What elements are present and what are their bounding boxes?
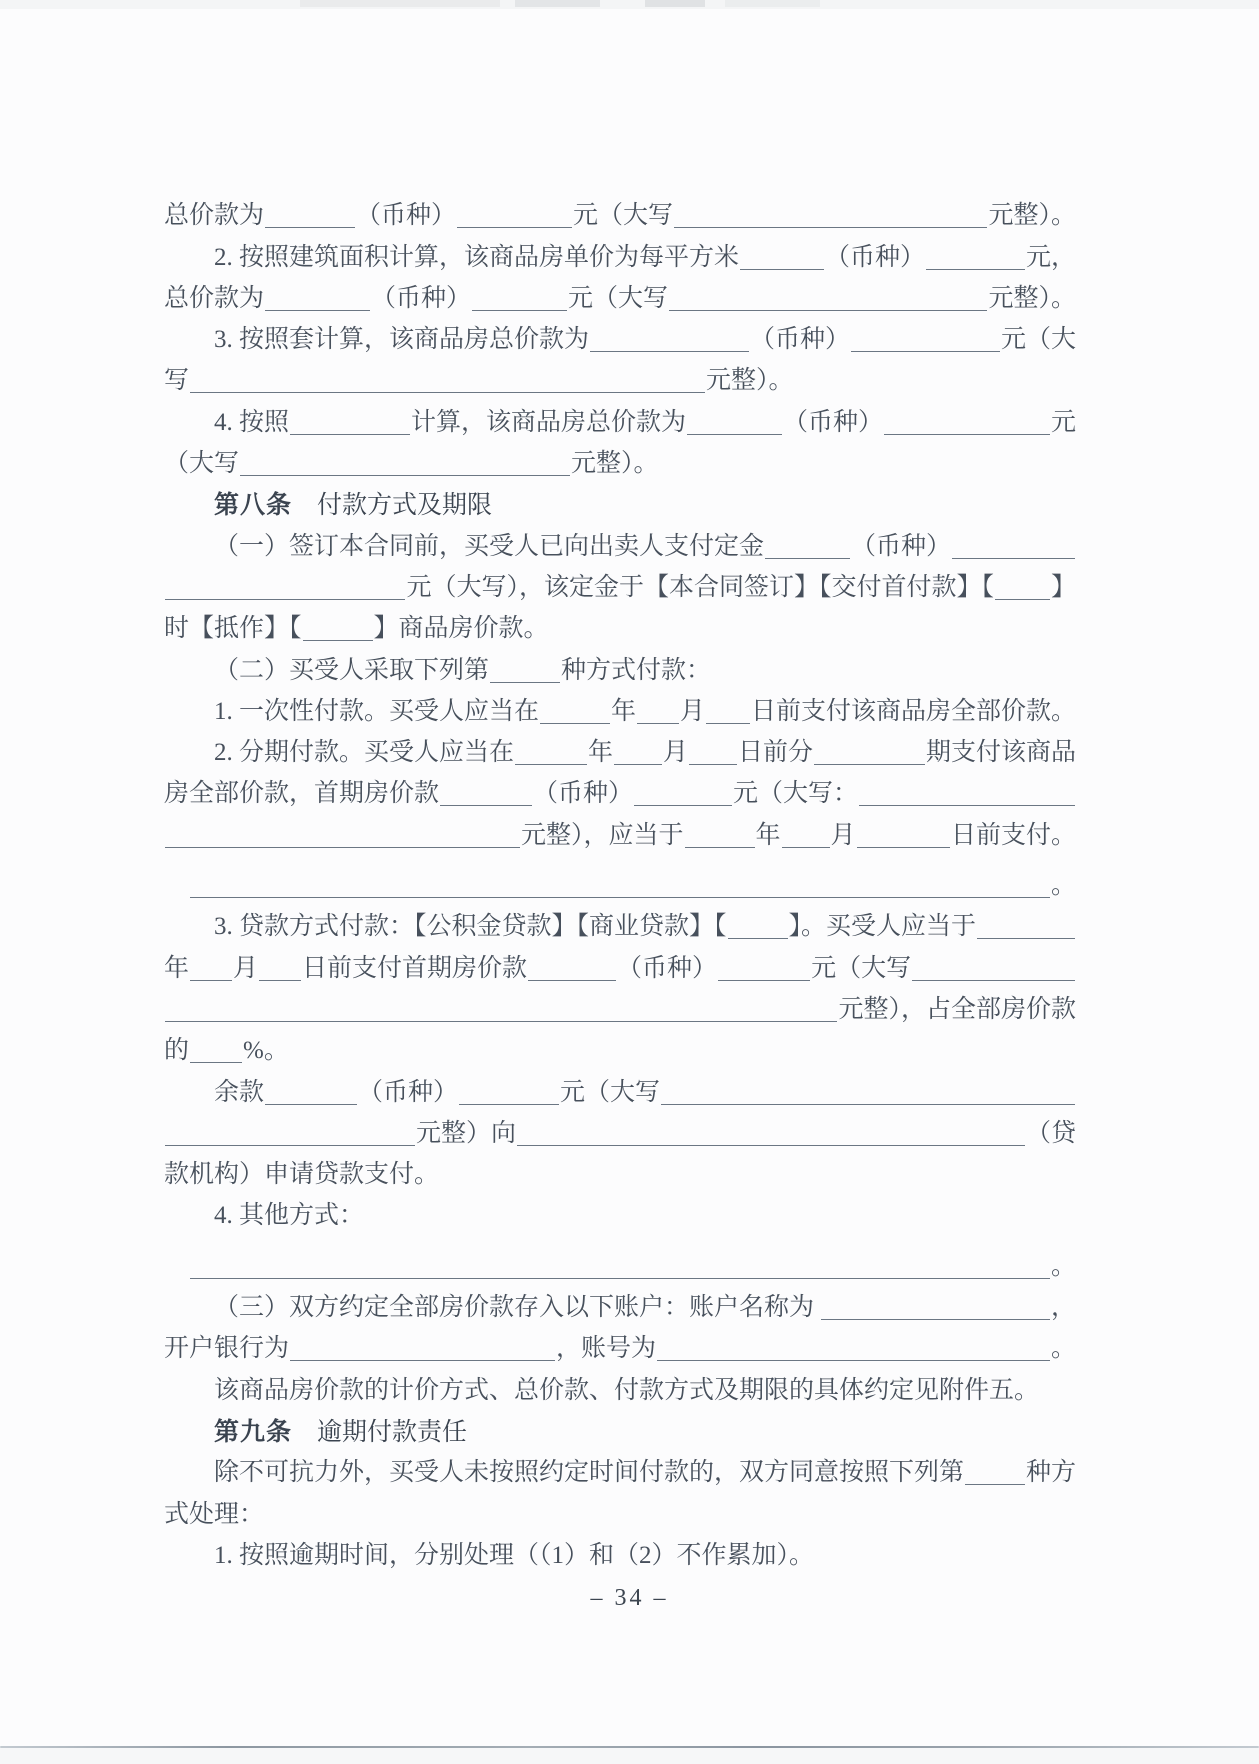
- text-line: 。: [164, 860, 1076, 901]
- text-segment: 】: [1051, 573, 1076, 603]
- text-line: 2. 分期付款。买受人应当在年月日前分期支付该商品: [164, 727, 1076, 768]
- page-number: – 34 –: [0, 1585, 1259, 1612]
- text-segment: 元整）。: [988, 284, 1076, 314]
- blank-field: [190, 1058, 242, 1063]
- text-line: 时【抵作】【】商品房价款。: [164, 603, 1076, 644]
- text-segment: （币种）: [825, 243, 925, 273]
- clause-number: 第九条: [214, 1417, 292, 1447]
- text-segment: 3. 贷款方式付款：【公积金贷款】【商业贷款】【: [214, 912, 727, 942]
- blank-field: [265, 1100, 357, 1105]
- text-segment: 计算，该商品房总价款为: [411, 408, 686, 438]
- text-segment: 总价款为: [164, 284, 264, 314]
- text-segment: 逾期付款责任: [292, 1417, 467, 1447]
- text-segment: 日前分: [738, 738, 813, 768]
- text-line: 开户银行为，账号为。: [164, 1323, 1076, 1364]
- text-line: 写元整）。: [164, 355, 1076, 396]
- text-segment: 种方式付款：: [561, 656, 711, 686]
- text-segment: 月: [831, 821, 856, 851]
- blank-field: [782, 843, 830, 848]
- blank-field: [995, 595, 1050, 600]
- clause-number: 第八条: [214, 490, 292, 520]
- text-line: （大写元整）。: [164, 438, 1076, 479]
- text-segment: 月: [233, 954, 258, 984]
- text-segment: ，: [1051, 1293, 1076, 1323]
- text-line: 款机构）申请贷款支付。: [164, 1149, 1076, 1190]
- text-segment: ，账号为: [556, 1334, 656, 1364]
- blank-field: [718, 976, 810, 981]
- text-line: 总价款为（币种）元（大写元整）。: [164, 190, 1076, 231]
- text-segment: （贷: [1026, 1119, 1076, 1149]
- text-segment: 元，: [1026, 243, 1076, 273]
- text-segment: 。: [1051, 1334, 1076, 1364]
- text-segment: （币种）: [617, 954, 717, 984]
- text-segment: 元（大写：: [733, 779, 858, 809]
- blank-field: [165, 595, 405, 600]
- blank-field: [440, 801, 532, 806]
- blank-field: [669, 306, 987, 311]
- text-segment: 日前支付。: [951, 821, 1076, 851]
- blank-field: [926, 265, 1025, 270]
- text-line: 3. 按照套计算，该商品房总价款为（币种）元（大: [164, 314, 1076, 355]
- text-line: 总价款为（币种）元（大写元整）。: [164, 273, 1076, 314]
- text-segment: 。: [1051, 1252, 1076, 1282]
- text-segment: 月: [663, 738, 688, 768]
- blank-field: [821, 1315, 1050, 1320]
- text-segment: 该商品房价款的计价方式、总价款、付款方式及期限的具体约定见附件五。: [214, 1376, 1039, 1406]
- text-line: 元整）向（贷: [164, 1108, 1076, 1149]
- text-segment: 的: [164, 1036, 189, 1066]
- blank-field: [165, 1017, 837, 1022]
- blank-field: [965, 1480, 1025, 1485]
- blank-field: [459, 1100, 559, 1105]
- text-line: 4. 其他方式：: [164, 1190, 1076, 1231]
- scan-artifact-chip: [515, 0, 600, 7]
- blank-field: [952, 554, 1075, 559]
- blank-field: [859, 801, 1075, 806]
- blank-field: [614, 760, 662, 765]
- scan-artifact-chip: [645, 0, 705, 7]
- blank-field: [515, 760, 587, 765]
- text-segment: 】商品房价款。: [374, 614, 549, 644]
- blank-field: [265, 306, 370, 311]
- blank-field: [190, 388, 705, 393]
- scan-artifact-chip: [725, 0, 820, 7]
- text-line: （三）双方约定全部房价款存入以下账户：账户名称为 ，: [164, 1282, 1076, 1323]
- document-body: 总价款为（币种）元（大写元整）。2. 按照建筑面积计算，该商品房单价为每平方米（…: [164, 190, 1076, 1571]
- text-line: 4. 按照计算，该商品房总价款为（币种）元: [164, 396, 1076, 437]
- text-segment: 3. 按照套计算，该商品房总价款为: [214, 325, 589, 355]
- text-segment: 日前支付该商品房全部价款。: [751, 697, 1076, 727]
- scan-artifact-bottom-fade: [0, 1748, 1259, 1764]
- blank-field: [457, 223, 572, 228]
- blank-field: [977, 934, 1075, 939]
- text-segment: 2. 按照建筑面积计算，该商品房单价为每平方米: [214, 243, 739, 273]
- blank-field: [472, 306, 567, 311]
- text-segment: 元整）。: [988, 201, 1076, 231]
- contract-page: 总价款为（币种）元（大写元整）。2. 按照建筑面积计算，该商品房单价为每平方米（…: [0, 0, 1259, 1764]
- blank-field: [165, 1141, 415, 1146]
- text-segment: 款机构）申请贷款支付。: [164, 1160, 439, 1190]
- text-segment: （大写: [164, 449, 239, 479]
- text-segment: 式处理：: [164, 1500, 264, 1530]
- text-segment: （币种）: [358, 1078, 458, 1108]
- scan-artifact-chip: [300, 0, 500, 7]
- blank-field: [706, 719, 750, 724]
- blank-field: [912, 976, 1075, 981]
- text-segment: 除不可抗力外，买受人未按照约定时间付款的，双方同意按照下列第: [214, 1458, 964, 1488]
- text-line: 2. 按照建筑面积计算，该商品房单价为每平方米（币种）元，: [164, 231, 1076, 272]
- text-segment: %。: [243, 1036, 289, 1066]
- text-line: 房全部价款，首期房价款（币种）元（大写：: [164, 768, 1076, 809]
- blank-field: [685, 843, 755, 848]
- text-segment: 年: [756, 821, 781, 851]
- text-segment: 元（大写: [573, 201, 673, 231]
- text-line: 元整），应当于年月日前支付。: [164, 809, 1076, 850]
- text-segment: 元整），占全部房价款: [838, 995, 1076, 1025]
- blank-field: [290, 1356, 555, 1361]
- blank-field: [740, 265, 824, 270]
- blank-field: [590, 347, 749, 352]
- text-segment: 元（大: [1001, 325, 1076, 355]
- blank-field: [517, 1141, 1025, 1146]
- blank-field: [303, 636, 373, 641]
- text-segment: 日前支付首期房价款: [302, 954, 527, 984]
- text-segment: 付款方式及期限: [292, 490, 492, 520]
- text-line: 余款（币种）元（大写: [164, 1066, 1076, 1107]
- blank-field: [765, 554, 850, 559]
- text-segment: （币种）: [356, 201, 456, 231]
- blank-field: [857, 843, 950, 848]
- text-line: 3. 贷款方式付款：【公积金贷款】【商业贷款】【】。买受人应当于: [164, 901, 1076, 942]
- text-line: 1. 一次性付款。买受人应当在年月日前支付该商品房全部价款。: [164, 686, 1076, 727]
- text-segment: 元（大写: [811, 954, 911, 984]
- blank-field: [290, 430, 410, 435]
- blank-field: [674, 223, 987, 228]
- blank-field: [240, 471, 570, 476]
- text-segment: （一）签订本合同前，买受人已向出卖人支付定金: [214, 532, 764, 562]
- text-segment: 元整）。: [706, 366, 794, 396]
- text-segment: （币种）: [851, 532, 951, 562]
- text-line: 除不可抗力外，买受人未按照约定时间付款的，双方同意按照下列第种方: [164, 1447, 1076, 1488]
- text-segment: （二）买受人采取下列第: [214, 656, 489, 686]
- blank-field: [165, 843, 520, 848]
- text-segment: （币种）: [371, 284, 471, 314]
- blank-field: [851, 347, 1000, 352]
- text-segment: 元整）向: [416, 1119, 516, 1149]
- blank-field: [661, 1100, 1075, 1105]
- text-segment: （币种）: [533, 779, 633, 809]
- text-segment: （币种）: [783, 408, 883, 438]
- text-segment: 元: [1051, 408, 1076, 438]
- scan-artifact-top: [0, 0, 1259, 9]
- text-line: 式处理：: [164, 1488, 1076, 1529]
- text-segment: （三）双方约定全部房价款存入以下账户：账户名称为: [214, 1293, 820, 1323]
- blank-field: [190, 893, 1050, 898]
- text-segment: 元（大写: [560, 1078, 660, 1108]
- blank-field: [689, 760, 737, 765]
- text-segment: 年: [588, 738, 613, 768]
- text-segment: 年: [611, 697, 636, 727]
- text-segment: 种方: [1026, 1458, 1076, 1488]
- blank-field: [637, 719, 679, 724]
- heading-line: 第九条 逾期付款责任: [164, 1406, 1076, 1447]
- text-segment: 年: [164, 954, 189, 984]
- text-segment: 写: [164, 366, 189, 396]
- text-segment: 2. 分期付款。买受人应当在: [214, 738, 514, 768]
- text-segment: 】。买受人应当于: [789, 912, 977, 942]
- text-segment: 余款: [214, 1078, 264, 1108]
- blank-field: [190, 1274, 1050, 1279]
- text-segment: 月: [680, 697, 705, 727]
- blank-field: [687, 430, 782, 435]
- text-line: 该商品房价款的计价方式、总价款、付款方式及期限的具体约定见附件五。: [164, 1364, 1076, 1405]
- blank-field: [190, 976, 232, 981]
- blank-field: [657, 1356, 1050, 1361]
- blank-field: [490, 678, 560, 683]
- text-segment: 4. 其他方式：: [214, 1201, 364, 1231]
- blank-field: [884, 430, 1050, 435]
- text-line: （一）签订本合同前，买受人已向出卖人支付定金（币种）: [164, 520, 1076, 561]
- text-segment: 时【抵作】【: [164, 614, 302, 644]
- text-segment: 房全部价款，首期房价款: [164, 779, 439, 809]
- text-line: 元整），占全部房价款: [164, 984, 1076, 1025]
- text-line: 元（大写），该定金于【本合同签订】【交付首付款】【】: [164, 562, 1076, 603]
- text-segment: 4. 按照: [214, 408, 289, 438]
- text-line: 1. 按照逾期时间，分别处理（（1）和（2）不作累加）。: [164, 1530, 1076, 1571]
- text-segment: 期支付该商品: [926, 738, 1076, 768]
- blank-field: [259, 976, 301, 981]
- text-segment: 1. 一次性付款。买受人应当在: [214, 697, 539, 727]
- text-segment: 1. 按照逾期时间，分别处理（（1）和（2）不作累加）。: [214, 1541, 814, 1571]
- text-line: 的%。: [164, 1025, 1076, 1066]
- text-line: 年月日前支付首期房价款（币种）元（大写: [164, 942, 1076, 983]
- text-segment: 总价款为: [164, 201, 264, 231]
- blank-field: [728, 934, 788, 939]
- blank-field: [265, 223, 355, 228]
- text-segment: 元（大写: [568, 284, 668, 314]
- text-line: 。: [164, 1240, 1076, 1281]
- text-segment: 。: [1051, 871, 1076, 901]
- text-segment: （币种）: [750, 325, 850, 355]
- text-segment: 元整），应当于: [521, 821, 684, 851]
- heading-line: 第八条 付款方式及期限: [164, 479, 1076, 520]
- text-line: （二）买受人采取下列第种方式付款：: [164, 644, 1076, 685]
- blank-field: [528, 976, 616, 981]
- blank-field: [814, 760, 925, 765]
- blank-field: [540, 719, 610, 724]
- text-segment: 元整）。: [571, 449, 659, 479]
- text-segment: 开户银行为: [164, 1334, 289, 1364]
- blank-field: [634, 801, 732, 806]
- text-segment: 元（大写），该定金于【本合同签订】【交付首付款】【: [406, 573, 994, 603]
